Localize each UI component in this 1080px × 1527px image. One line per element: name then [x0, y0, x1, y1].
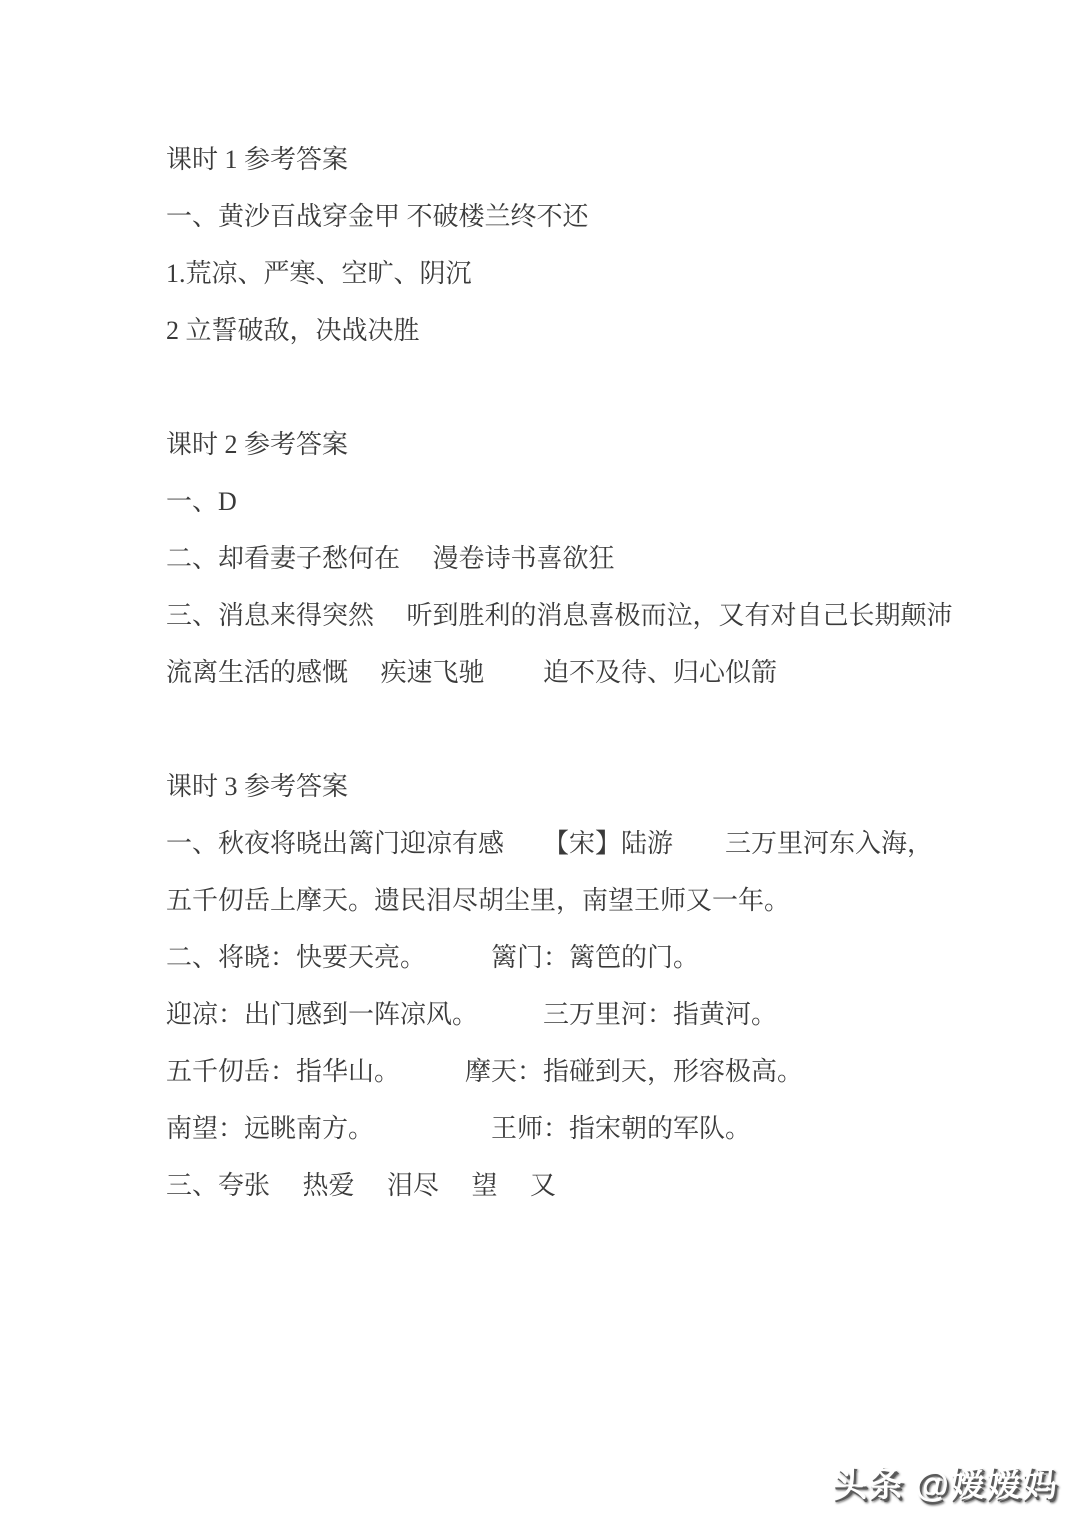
answer-line: 三、消息来得突然 听到胜利的消息喜极而泣，又有对自己长期颠沛: [166, 587, 1000, 644]
lesson-2-section: 课时 2 参考答案 一、D 二、却看妻子愁何在 漫卷诗书喜欲狂 三、消息来得突然…: [166, 416, 1000, 701]
answer-sheet-document: 课时 1 参考答案 一、黄沙百战穿金甲 不破楼兰终不还 1.荒凉、严寒、空旷、阴…: [166, 131, 1000, 1214]
answer-line: 五千仞岳：指华山。 摩天：指碰到天，形容极高。: [166, 1043, 1000, 1100]
lesson-3-section: 课时 3 参考答案 一、秋夜将晓出篱门迎凉有感 【宋】陆游 三万里河东入海， 五…: [166, 758, 1000, 1214]
answer-line: 五千仞岳上摩天。遗民泪尽胡尘里，南望王师又一年。: [166, 872, 1000, 929]
toutiao-watermark: 头条 @嫒嫒妈: [832, 1457, 1058, 1507]
answer-line: 流离生活的感慨 疾速飞驰 迫不及待、归心似箭: [166, 644, 1000, 701]
section-title: 课时 1 参考答案: [166, 131, 1000, 188]
answer-line: 南望：远眺南方。 王师：指宋朝的军队。: [166, 1100, 1000, 1157]
answer-line: 一、D: [166, 473, 1000, 530]
answer-line: 2 立誓破敌，决战决胜: [166, 302, 1000, 359]
section-title: 课时 3 参考答案: [166, 758, 1000, 815]
section-title: 课时 2 参考答案: [166, 416, 1000, 473]
answer-line: 二、将晓：快要天亮。 篱门：篱笆的门。: [166, 929, 1000, 986]
lesson-1-section: 课时 1 参考答案 一、黄沙百战穿金甲 不破楼兰终不还 1.荒凉、严寒、空旷、阴…: [166, 131, 1000, 359]
answer-line: 一、秋夜将晓出篱门迎凉有感 【宋】陆游 三万里河东入海，: [166, 815, 1000, 872]
answer-line: 一、黄沙百战穿金甲 不破楼兰终不还: [166, 188, 1000, 245]
answer-line: 1.荒凉、严寒、空旷、阴沉: [166, 245, 1000, 302]
answer-line: 三、夸张 热爱 泪尽 望 又: [166, 1157, 1000, 1214]
answer-line: 二、却看妻子愁何在 漫卷诗书喜欲狂: [166, 530, 1000, 587]
answer-line: 迎凉：出门感到一阵凉风。 三万里河：指黄河。: [166, 986, 1000, 1043]
